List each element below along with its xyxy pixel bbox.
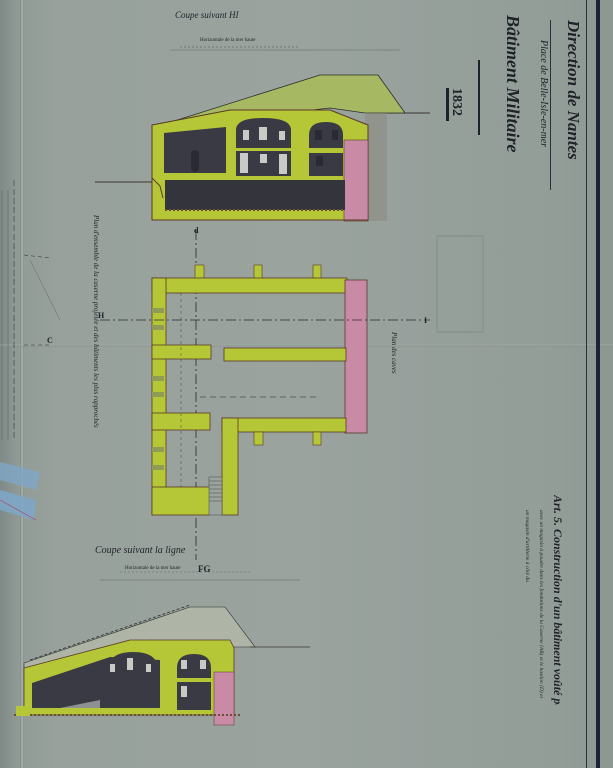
plan-drawing [100, 265, 430, 515]
article-detail: avec un magasin à poudre dans les fondat… [520, 510, 548, 700]
section-top-label: Coupe suivant HI [175, 10, 239, 20]
title-place: Place de Belle-Isle-en-mer [538, 40, 549, 147]
section-bottom-note: Horizontale de la mer haute [125, 566, 181, 571]
axis-label-i: I [424, 316, 427, 325]
drawing-sheet: Direction de Nantes Place de Belle-Isle-… [0, 0, 613, 768]
section-bottom-drawing [14, 572, 310, 725]
title-direction: Direction de Nantes [563, 20, 583, 160]
left-vertical-annotation: Plan d'ensemble de la caserne projetée e… [92, 215, 100, 428]
section-top-note: Horizontale de la mer haute [200, 38, 256, 43]
title-year: 1832 [448, 88, 464, 116]
section-bottom-suffix: FG [198, 564, 211, 574]
title-rule [478, 60, 480, 135]
section-bottom-label: Coupe suivant la ligne [95, 545, 185, 556]
axis-label-c: C [47, 336, 53, 345]
year-rule [446, 88, 449, 121]
plan-label: Plan des caves [390, 332, 398, 374]
article-heading: Art. 5. Construction d'un bâtiment voûté… [550, 495, 565, 705]
section-top-drawing [95, 47, 430, 221]
axis-label-d: d [194, 226, 198, 235]
title-subject: Bâtiment Militaire [502, 15, 523, 153]
left-edge-detail [0, 180, 60, 520]
